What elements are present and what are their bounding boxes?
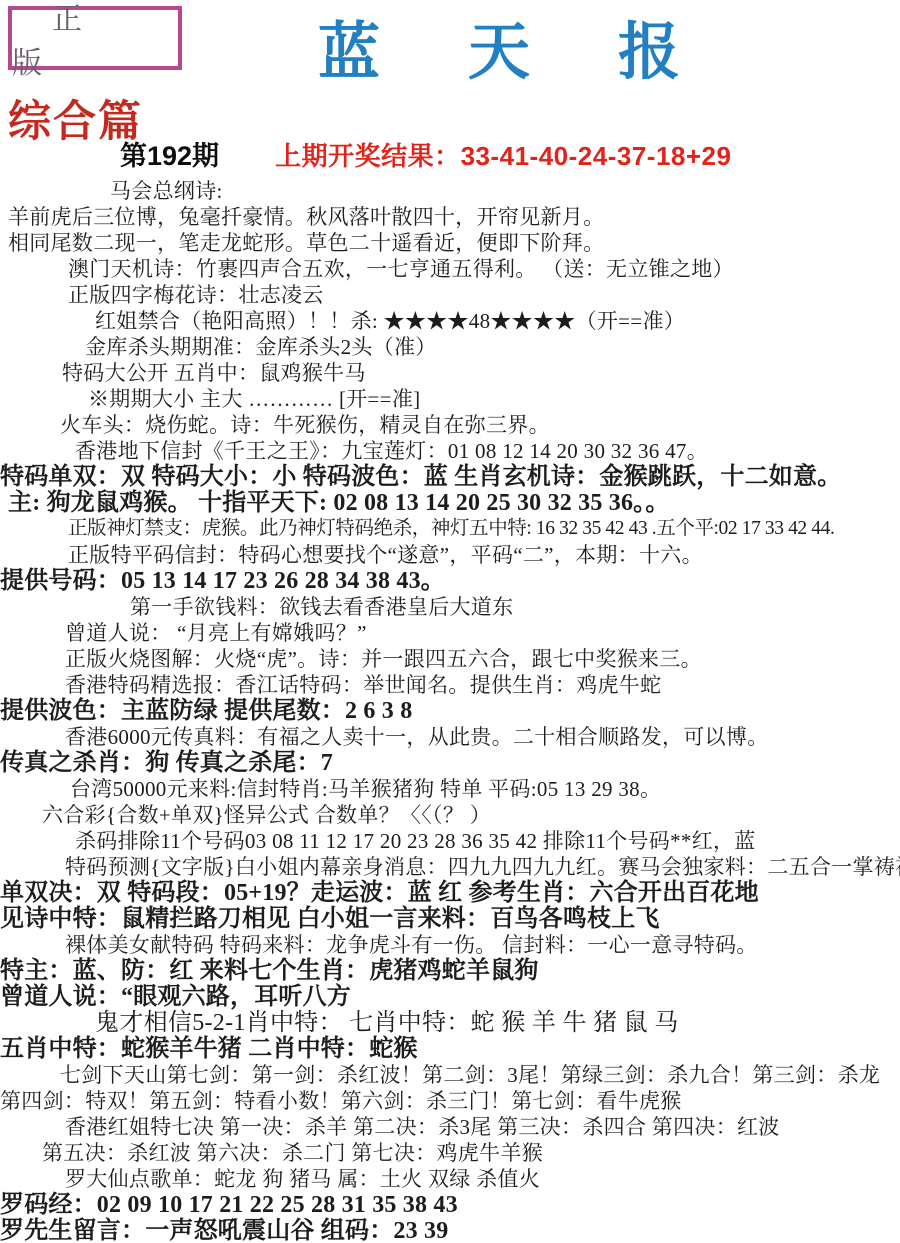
text-line: 香港地下信封《千王之王》：九宝莲灯：01 08 12 14 20 30 32 3… [0, 438, 900, 464]
text-line: 第一手欲钱料：欲钱去看香港皇后大道东 [0, 594, 900, 620]
text-line: 裸体美女献特码 特码来料：龙争虎斗有一伤。 信封料：一心一意寻特码。 [0, 932, 900, 958]
text-line: 正版四字梅花诗：壮志凌云 [0, 282, 900, 308]
issue-number: 第192期 [120, 134, 219, 173]
text-line: 台湾50000元来料:信封特肖:马羊猴猪狗 特单 平码:05 13 29 38。 [0, 776, 900, 802]
text-line: 特码单双：双 特码大小：小 特码波色：蓝 生肖玄机诗：金猴跳跃，十二如意。 [0, 464, 900, 490]
text-line: 罗大仙点歌单：蛇龙 狗 猪马 属：土火 双绿 杀值火 [0, 1166, 900, 1192]
edition-badge-label: 正版 [12, 0, 178, 82]
text-line: 罗码经：02 09 10 17 21 22 25 28 31 35 38 43 [0, 1192, 900, 1218]
text-line: 见诗中特：鼠精拦路刀相见 白小姐一言来料：百鸟各鸣枝上飞 [0, 906, 900, 932]
text-line: 特码预测{文字版}白小姐内幕亲身消息：四九九四九九红。赛马会独家料：二五合一掌祷… [0, 854, 900, 880]
text-line: 传真之杀肖：狗 传真之杀尾：7 [0, 750, 900, 776]
text-line: 金库杀头期期准：金库杀头2头（准） [0, 334, 900, 360]
text-line: 第四剑：特双！第五剑：特看小数！第六剑：杀三门！第七剑：看牛虎猴 [0, 1088, 900, 1114]
issue-row: 第192期 上期开奖结果：33-41-40-24-37-18+29 [120, 134, 731, 173]
text-line: 第五决：杀红波 第六决：杀二门 第七决：鸡虎牛羊猴 [0, 1140, 900, 1166]
text-line: 提供波色：主蓝防绿 提供尾数：2 6 3 8 [0, 698, 900, 724]
text-line: 香港6000元传真料：有福之人卖十一，从此贵。二十相合顺路发，可以博。 [0, 724, 900, 750]
text-line: 提供号码：05 13 14 17 23 26 28 34 38 43。 [0, 568, 900, 594]
text-line: 曾道人说：“眼观六路，耳听八方 [0, 984, 900, 1010]
text-line: 羊前虎后三位博，兔毫扦豪情。秋风落叶散四十，开帘见新月。 [0, 204, 900, 230]
text-line: 正版火烧图解：火烧“虎”。诗：并一跟四五六合，跟七中奖猴来三。 [0, 646, 900, 672]
last-draw-result: 上期开奖结果：33-41-40-24-37-18+29 [275, 136, 731, 173]
page-title: 蓝天报 [318, 2, 768, 91]
text-line: 相同尾数二现一，笔走龙蛇形。草色二十遥看近，便即下阶拜。 [0, 230, 900, 256]
text-line: 罗先生留言：一声怒吼震山谷 组码：23 39 [0, 1218, 900, 1243]
text-line: 香港特码精选报：香江话特码：举世闻名。提供生肖：鸡虎牛蛇 [0, 672, 900, 698]
text-line: 鬼才相信5-2-1肖中特： 七肖中特：蛇 猴 羊 牛 猪 鼠 马 [0, 1010, 900, 1036]
text-line: 香港红姐特七决 第一决：杀羊 第二决：杀3尾 第三决：杀四合 第四决：红波 [0, 1114, 900, 1140]
newspaper-page: 正版 蓝天报 综合篇 第192期 上期开奖结果：33-41-40-24-37-1… [0, 0, 900, 1243]
text-line: 六合彩{合数+单双}怪异公式 合数单？〈〈（？ ） [0, 802, 900, 828]
text-line: 特码大公开 五肖中：鼠鸡猴牛马 [0, 360, 900, 386]
text-line: 单双决：双 特码段：05+19？走运波：蓝 红 参考生肖：六合开出百花地 [0, 880, 900, 906]
text-line: 七剑下天山第七剑：第一剑：杀红波！第二剑：3尾！第绿三剑：杀九合！第三剑：杀龙 [0, 1062, 900, 1088]
text-line: 火车头：烧伤蛇。诗：牛死猴伤，精灵自在弥三界。 [0, 412, 900, 438]
text-line: 正版特平码信封：特码心想要找个“遂意”，平码“二”，本期：十六。 [0, 542, 900, 568]
edition-badge: 正版 [8, 6, 182, 70]
text-line: 澳门天机诗：竹裹四声合五欢，一七亨通五得利。 （送：无立锥之地） [0, 256, 900, 282]
text-line: 正版神灯禁支：虎猴。此乃神灯特码绝杀，神灯五中特: 16 32 35 42 43… [0, 516, 900, 542]
text-line: 马会总纲诗: [0, 178, 900, 204]
text-line: 特主：蓝、防：红 来料七个生肖：虎猪鸡蛇羊鼠狗 [0, 958, 900, 984]
text-line: ※期期大小 主大 ………… [开==准] [0, 386, 900, 412]
text-line: 杀码排除11个号码03 08 11 12 17 20 23 28 36 35 4… [0, 828, 900, 854]
content-lines: 马会总纲诗:羊前虎后三位博，兔毫扦豪情。秋风落叶散四十，开帘见新月。相同尾数二现… [0, 178, 900, 1243]
text-line: 曾道人说： “月亮上有嫦娥吗？” [0, 620, 900, 646]
text-line: 五肖中特：蛇猴羊牛猪 二肖中特：蛇猴 [0, 1036, 900, 1062]
text-line: 主: 狗龙鼠鸡猴。 十指平天下: 02 08 13 14 20 25 30 32… [0, 490, 900, 516]
text-line: 红姐禁合（艳阳高照）！！杀: ★★★★48★★★★（开==准） [0, 308, 900, 334]
